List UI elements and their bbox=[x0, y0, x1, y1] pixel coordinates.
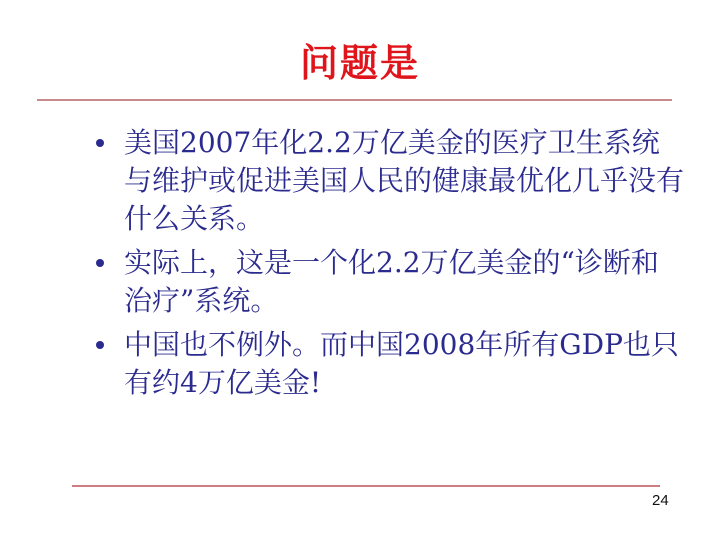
bullet-item: 中国也不例外。而中国2008年所有GDP也只有约4万亿美金! bbox=[96, 326, 686, 402]
bottom-divider bbox=[72, 485, 660, 487]
bullet-item: 实际上，这是一个化2.2万亿美金的“诊断和治疗”系统。 bbox=[96, 244, 686, 320]
bullet-text: 实际上，这是一个化2.2万亿美金的“诊断和治疗”系统。 bbox=[124, 246, 659, 317]
bullet-list: 美国2007年化2.2万亿美金的医疗卫生系统与维护或促进美国人民的健康最优化几乎… bbox=[96, 124, 686, 408]
bullet-item: 美国2007年化2.2万亿美金的医疗卫生系统与维护或促进美国人民的健康最优化几乎… bbox=[96, 124, 686, 238]
top-divider bbox=[37, 99, 672, 101]
page-number: 24 bbox=[652, 492, 669, 509]
bullet-dot-icon bbox=[96, 259, 104, 267]
bullet-dot-icon bbox=[96, 139, 104, 147]
bullet-dot-icon bbox=[96, 341, 104, 349]
bullet-text: 美国2007年化2.2万亿美金的医疗卫生系统与维护或促进美国人民的健康最优化几乎… bbox=[124, 126, 684, 235]
slide-title: 问题是 bbox=[0, 32, 720, 87]
bullet-text: 中国也不例外。而中国2008年所有GDP也只有约4万亿美金! bbox=[124, 328, 679, 399]
